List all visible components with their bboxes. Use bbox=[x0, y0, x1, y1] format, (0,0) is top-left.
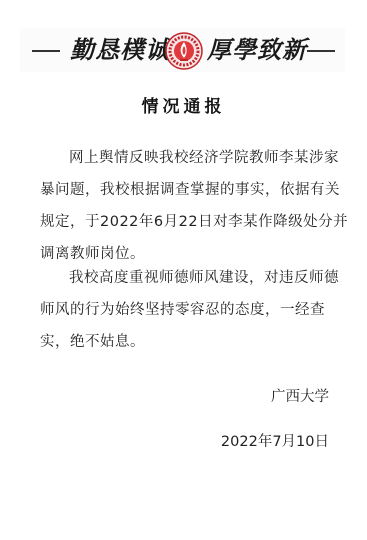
paragraph-line: 网上舆情反映我校经济学院教师李某涉家 bbox=[40, 142, 330, 174]
motto-right: 厚學致新 bbox=[207, 36, 307, 64]
paragraph-2: 我校高度重视师德师风建设，对违反师德 师风的行为始终坚持零容忍的态度，一经查 实… bbox=[40, 262, 330, 358]
university-emblem-icon bbox=[165, 32, 203, 70]
banner-divider-right bbox=[307, 50, 335, 52]
paragraph-1: 网上舆情反映我校经济学院教师李某涉家 暴问题，我校根据调查掌握的事实，依据有关 … bbox=[40, 142, 330, 270]
document-date: 2022年7月10日 bbox=[221, 430, 329, 454]
paragraph-line: 实，绝不姑息。 bbox=[40, 326, 330, 358]
paragraph-line: 我校高度重视师德师风建设，对违反师德 bbox=[40, 262, 330, 294]
motto-left: 勤恳樸诚 bbox=[70, 36, 170, 64]
paragraph-line: 师风的行为始终坚持零容忍的态度，一经查 bbox=[40, 294, 330, 326]
banner-divider-left bbox=[32, 50, 60, 52]
paragraph-line: 暴问题，我校根据调查掌握的事实，依据有关 bbox=[40, 174, 330, 206]
signature: 广西大学 bbox=[271, 385, 329, 409]
paragraph-line: 规定，于2022年6月22日对李某作降级处分并 bbox=[40, 206, 330, 238]
document-title: 情况通报 bbox=[0, 95, 367, 119]
